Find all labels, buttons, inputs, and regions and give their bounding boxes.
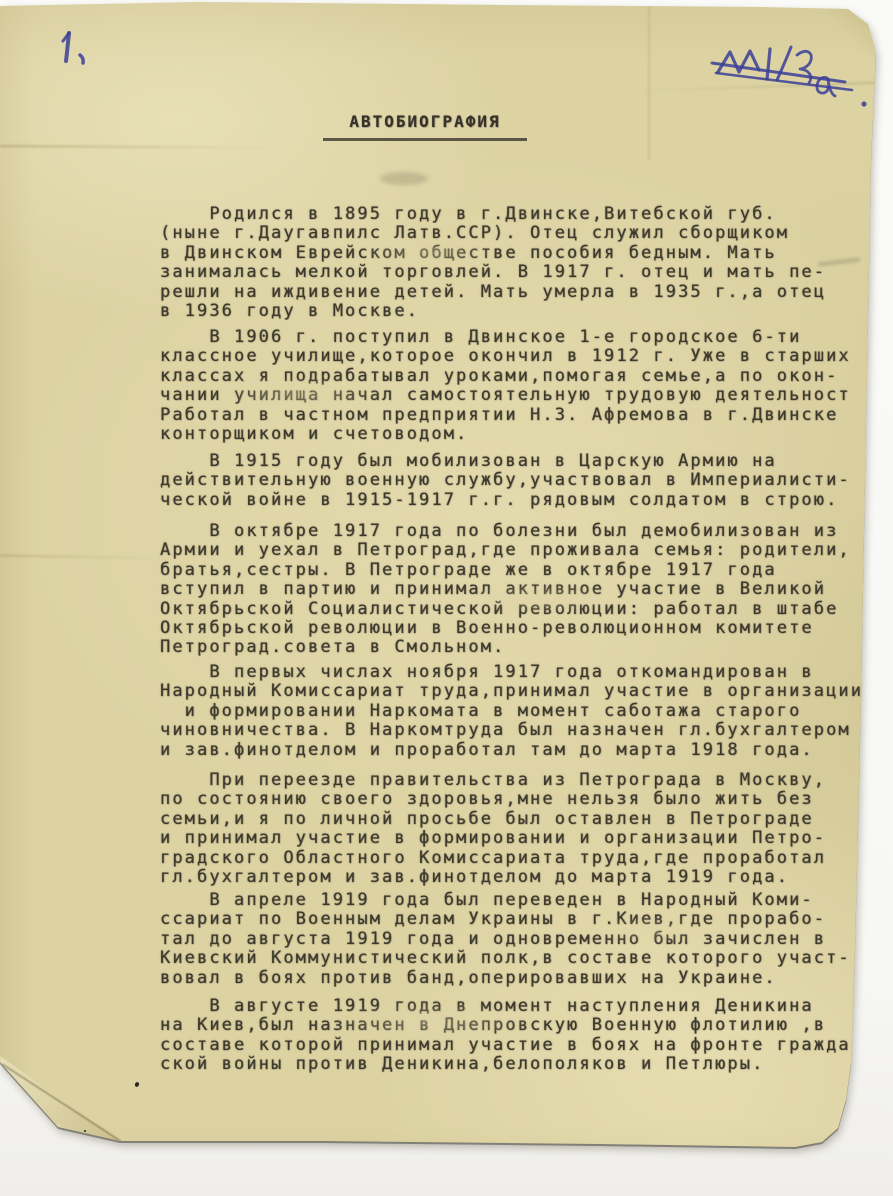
paper-sheet: АВТОБИОГРАФИЯ Родился в 1895 году в г.Дв… — [0, 0, 893, 1196]
bottom-left-fold — [0, 1048, 135, 1148]
paper-crease — [0, 555, 170, 560]
handwritten-mark-top-left — [63, 33, 83, 63]
paragraph-flotilla-1919: В августе 1919 года в момент наступления… — [160, 997, 851, 1075]
paragraph-army-1915: В 1915 году был мобилизован в Царскую Ар… — [160, 452, 851, 510]
top-right-corner-shading — [828, 6, 880, 64]
paragraph-petrograd-1918: При переезде правительства из Петрограда… — [160, 771, 826, 887]
paragraph-narkomtrud: В первых числах ноября 1917 года откоман… — [160, 663, 863, 760]
paragraph-education: В 1906 г. поступил в Двинское 1-е городс… — [160, 328, 851, 444]
paragraph-kiev-1919: В апреле 1919 года был переведен в Народ… — [160, 891, 851, 988]
ink-speck — [84, 1130, 86, 1132]
paper-crease — [0, 145, 280, 149]
ink-speck — [134, 1081, 140, 1087]
smudge-mark — [380, 172, 428, 185]
paper-crease — [635, 82, 875, 92]
scanned-document-page: { "document": { "title": "АВТОБИОГРАФИЯ"… — [0, 0, 893, 1196]
paper-crease — [648, 0, 650, 160]
bottom-left-fold-crease — [1, 1063, 121, 1142]
paragraph-october-1917: В октябре 1917 года по болезни был демоб… — [160, 522, 851, 658]
paper-sheet-wrapper: АВТОБИОГРАФИЯ Родился в 1895 году в г.Дв… — [0, 0, 893, 1196]
document-title: АВТОБИОГРАФИЯ — [323, 112, 527, 141]
paragraph-birth: Родился в 1895 году в г.Двинске,Витебско… — [160, 205, 826, 321]
